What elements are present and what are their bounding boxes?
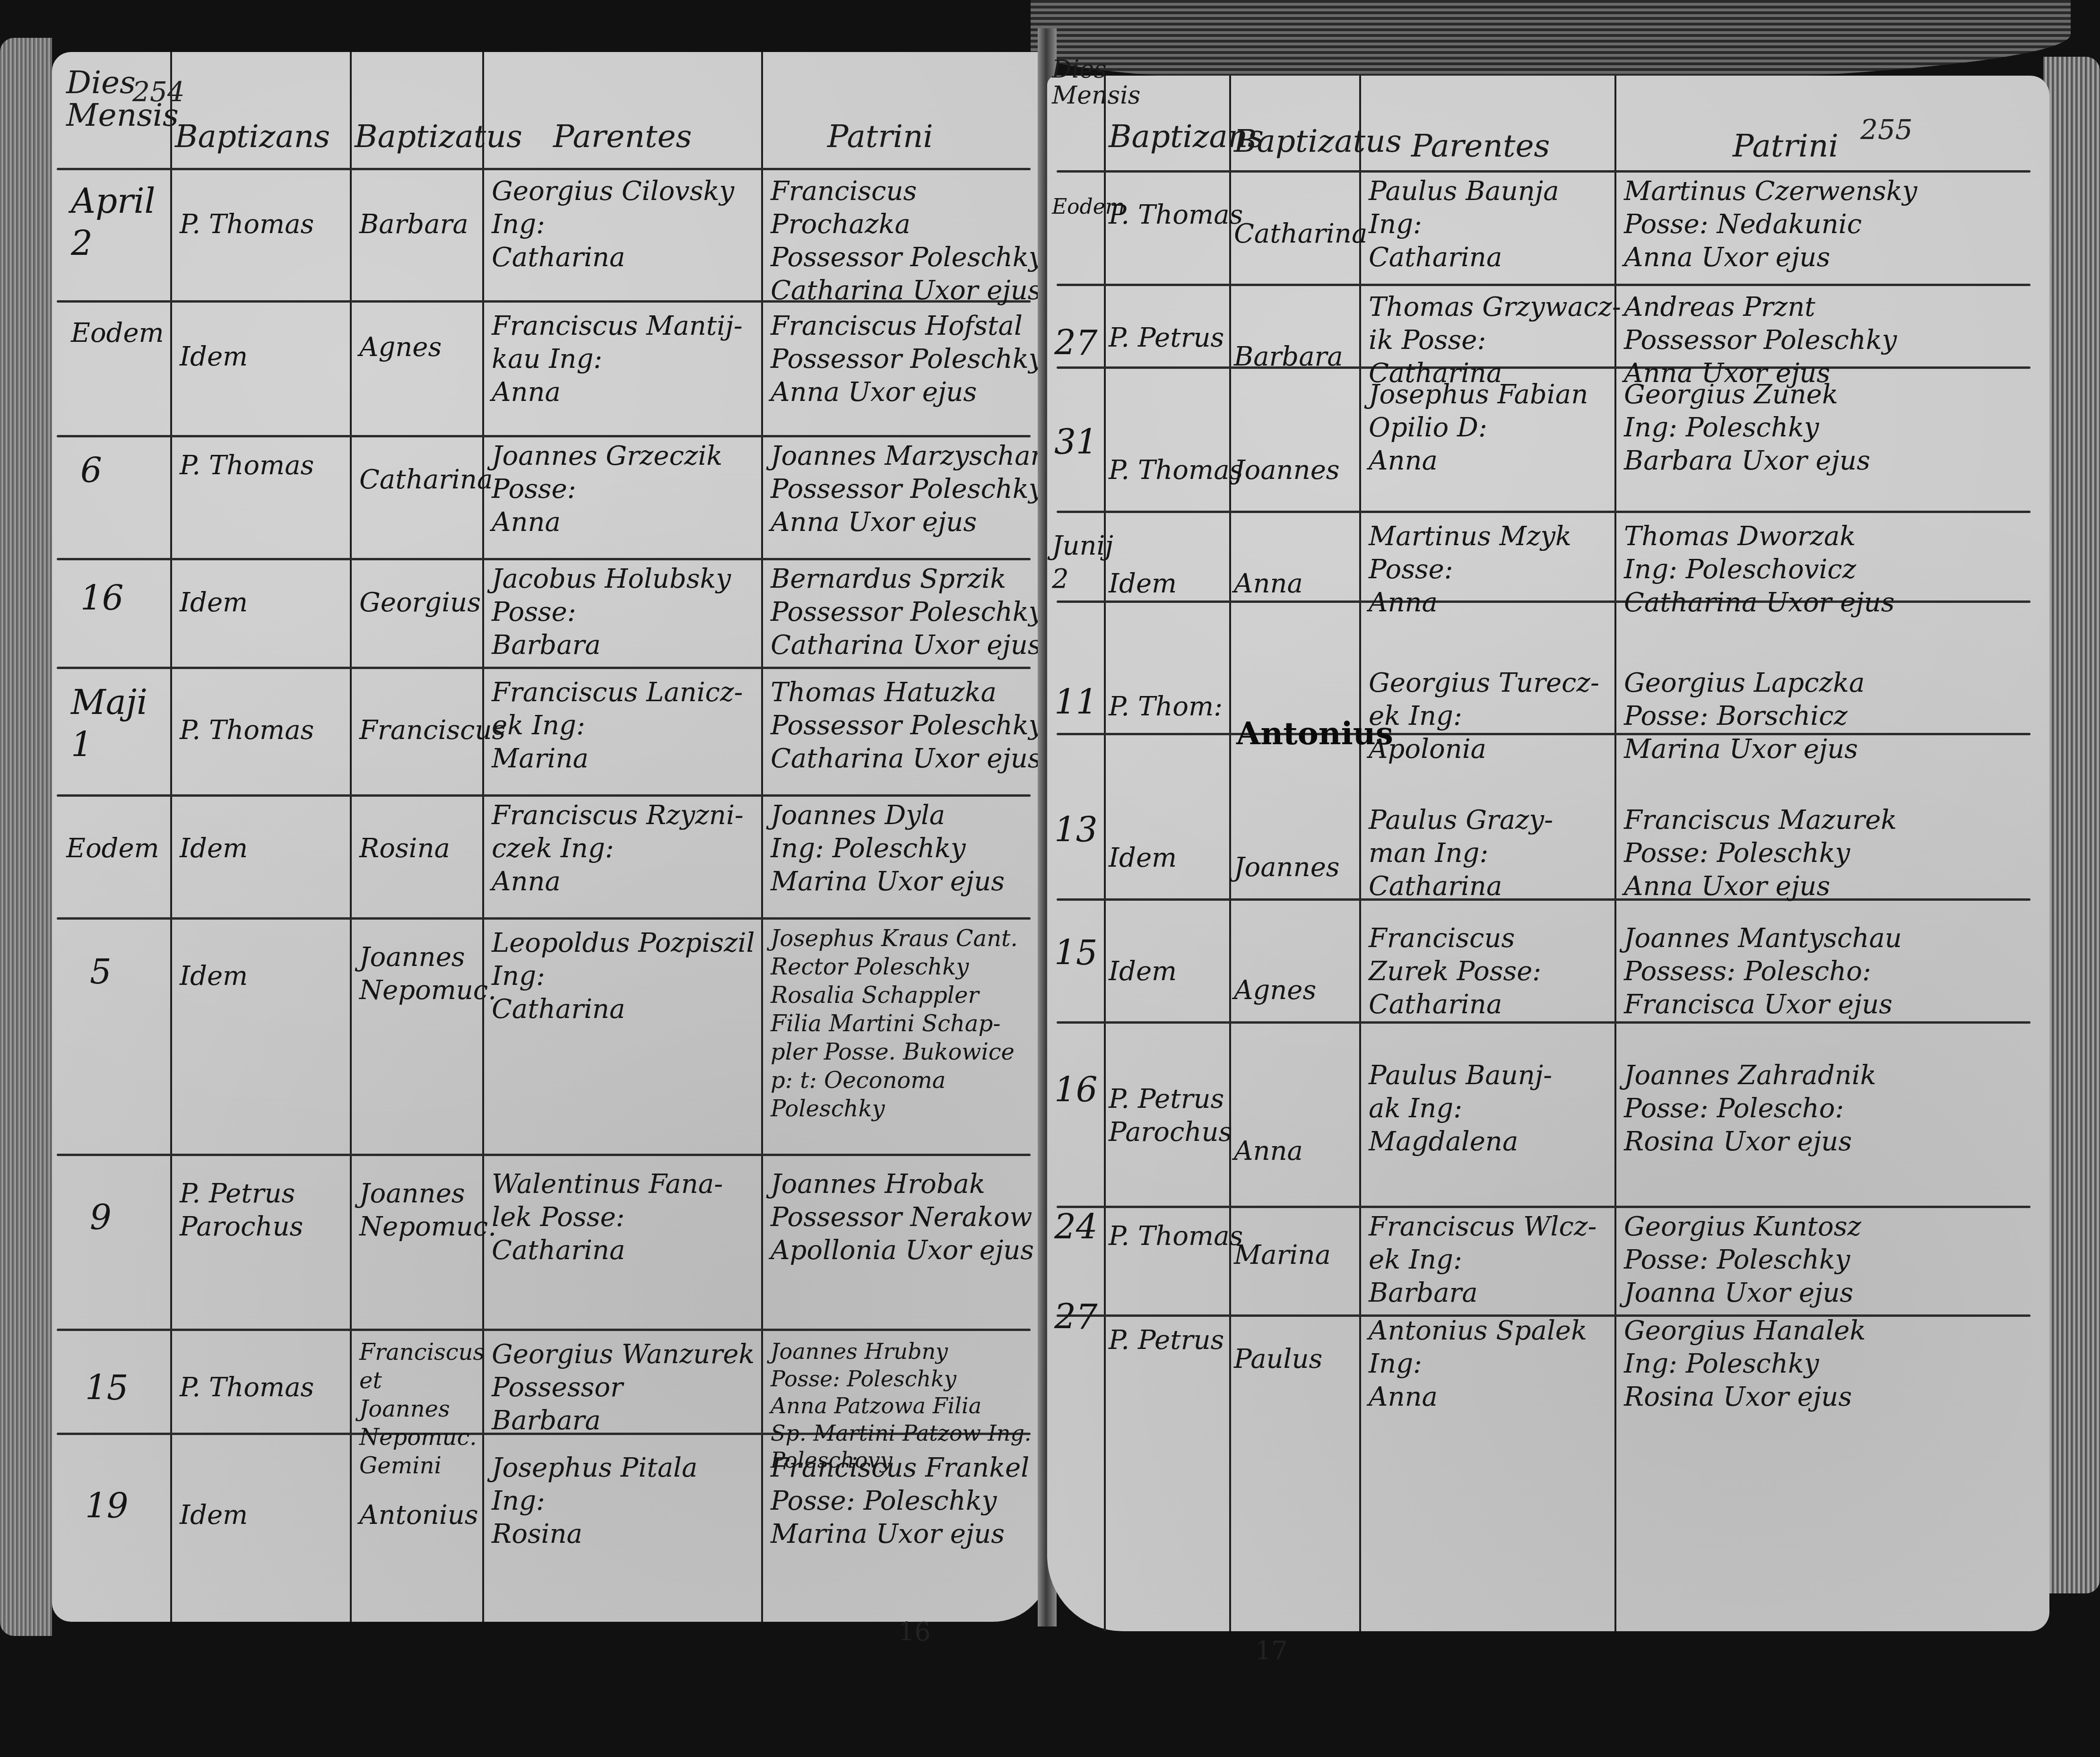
- entry-parentes: Walentinus Fana- lek Posse: Catharina: [492, 1168, 723, 1267]
- entry-date: 16: [80, 577, 124, 619]
- entry-baptizans: Idem: [1109, 567, 1177, 600]
- entry-parentes: Georgius Cilovsky Ing: Catharina: [492, 175, 734, 274]
- entry-baptizatus: Joannes Nepomuc.: [359, 1177, 496, 1244]
- entry-baptizatus: Barbara: [1234, 340, 1343, 374]
- entry-baptizans: P. Thomas: [180, 449, 314, 482]
- entry-parentes: Franciscus Mantij- kau Ing: Anna: [492, 310, 743, 409]
- entry-parentes: Martinus Mzyk Posse: Anna: [1369, 520, 1571, 619]
- entry-parentes: Joannes Grzeczik Posse: Anna: [492, 440, 722, 539]
- entry-baptizatus: Joannes: [1234, 851, 1340, 884]
- entry-baptizatus: Barbara: [359, 208, 469, 241]
- entry-baptizans: P. Petrus Parochus: [180, 1177, 303, 1244]
- page-number: 255: [1860, 113, 1913, 146]
- entry-baptizans: P. Thomas: [180, 1371, 314, 1404]
- entry-parentes: Paulus Grazy- man Ing: Catharina: [1369, 804, 1553, 903]
- entry-parentes: Paulus Baunja Ing: Catharina: [1369, 175, 1559, 274]
- entry-patrini: Andreas Prznt Possessor Poleschky Anna U…: [1624, 291, 1897, 390]
- entry-patrini: Franciscus Frankel Posse: Poleschky Mari…: [771, 1452, 1029, 1551]
- row-rule: [57, 1154, 1031, 1156]
- entry-patrini: Thomas Dworzak Ing: Poleschovicz Cathari…: [1624, 520, 1895, 619]
- row-rule: [57, 917, 1031, 920]
- entry-date: 15: [1054, 931, 1098, 974]
- entry-patrini: Georgius Zunek Ing: Poleschky Barbara Ux…: [1624, 378, 1870, 478]
- entry-parentes: Thomas Grzywacz- ik Posse: Catharina: [1369, 291, 1621, 390]
- entry-date: 31: [1054, 421, 1098, 463]
- entry-date: 27: [1054, 1296, 1098, 1338]
- entry-date: Junij 2: [1052, 530, 1113, 596]
- entry-baptizans: P. Thomas: [1109, 1220, 1243, 1253]
- entry-date: 5: [90, 950, 112, 993]
- entry-parentes: Antonius Spalek Ing: Anna: [1369, 1314, 1587, 1414]
- entry-baptizatus: Franciscus: [359, 714, 505, 747]
- folio-number: 16: [898, 1617, 931, 1647]
- header-patrini: Patrini: [827, 118, 933, 155]
- entry-date: 24: [1054, 1206, 1098, 1248]
- header-rule: [57, 168, 1031, 170]
- open-register-book: Dies Mensis 254 Baptizans Baptizatus Par…: [0, 0, 2100, 1757]
- entry-date: 9: [90, 1196, 112, 1239]
- entry-baptizatus: Antonius: [359, 1499, 478, 1532]
- entry-date: 6: [80, 449, 102, 492]
- entry-baptizatus: Catharina: [359, 463, 493, 496]
- entry-patrini: Joannes Hrobak Possessor Nerakow Apollon…: [771, 1168, 1034, 1267]
- entry-baptizans: P. Petrus Parochus: [1109, 1083, 1232, 1149]
- row-rule: [1057, 1206, 2031, 1208]
- entry-baptizatus: Anna: [1234, 567, 1303, 600]
- header-rule: [1057, 170, 2031, 173]
- entry-baptizatus: Anna: [1234, 1135, 1303, 1168]
- entry-baptizatus: Marina: [1234, 1239, 1331, 1272]
- header-dies-mensis: Dies Mensis: [1052, 57, 1141, 108]
- right-page: Dies Mensis Baptizans Baptizatus Parente…: [1047, 76, 2049, 1631]
- entry-date: 15: [85, 1366, 129, 1409]
- entry-patrini: Franciscus Prochazka Possessor Poleschky…: [771, 175, 1050, 307]
- column-divider: [1359, 76, 1361, 1631]
- entry-patrini: Bernardus Sprzik Possessor Poleschky Cat…: [771, 563, 1043, 662]
- entry-baptizatus: Rosina: [359, 832, 450, 865]
- entry-baptizans: P. Thomas: [1109, 454, 1243, 487]
- row-rule: [1057, 284, 2031, 286]
- entry-baptizans: P. Thomas: [1109, 199, 1243, 232]
- entry-baptizatus: Agnes: [359, 331, 442, 364]
- left-page-edges: [0, 38, 52, 1636]
- entry-baptizatus: Agnes: [1234, 974, 1316, 1007]
- entry-date: 11: [1054, 681, 1098, 723]
- row-rule: [57, 1329, 1031, 1331]
- row-rule: [57, 794, 1031, 797]
- entry-patrini: Martinus Czerwensky Posse: Nedakunic Ann…: [1624, 175, 1917, 274]
- column-divider: [350, 52, 352, 1622]
- entry-baptizans: P. Thom:: [1109, 690, 1223, 723]
- page-number: 254: [132, 76, 185, 108]
- entry-baptizatus: Joannes Nepomuc.: [359, 941, 496, 1007]
- column-divider: [1229, 76, 1231, 1631]
- entry-parentes: Georgius Wanzurek Possessor Barbara: [492, 1338, 755, 1437]
- column-divider: [761, 52, 763, 1622]
- entry-baptizans: Idem: [180, 586, 248, 619]
- entry-parentes: Leopoldus Pozpiszil Ing: Catharina: [492, 927, 755, 1026]
- entry-patrini: Georgius Lapczka Posse: Borschicz Marina…: [1624, 667, 1865, 766]
- entry-date: 27: [1054, 322, 1098, 364]
- entry-date: Eodem: [71, 317, 164, 350]
- entry-patrini: Georgius Kuntosz Posse: Poleschky Joanna…: [1624, 1210, 1861, 1310]
- entry-patrini: Thomas Hatuzka Possessor Poleschky Catha…: [771, 676, 1043, 775]
- header-baptizans: Baptizans: [175, 118, 330, 155]
- entry-patrini: Josephus Kraus Cant. Rector Poleschky Ro…: [771, 924, 1050, 1123]
- entry-baptizans: Idem: [1109, 955, 1177, 988]
- entry-parentes: Josephus Pitala Ing: Rosina: [492, 1452, 697, 1551]
- right-page-edges: [2043, 57, 2100, 1593]
- entry-patrini: Joannes Mantyschau Possess: Polescho: Fr…: [1624, 922, 1902, 1021]
- entry-date: Maji 1: [71, 681, 148, 766]
- entry-parentes: Paulus Baunj- ak Ing: Magdalena: [1369, 1059, 1552, 1158]
- entry-baptizatus: Joannes: [1234, 454, 1340, 487]
- column-divider: [170, 52, 172, 1622]
- entry-patrini: Franciscus Mazurek Posse: Poleschky Anna…: [1624, 804, 1897, 903]
- row-rule: [1057, 511, 2031, 513]
- entry-baptizatus: Franciscus et Joannes Nepomuc. Gemini: [359, 1338, 485, 1480]
- curled-page-top: [1031, 0, 2071, 85]
- entry-date: 13: [1054, 809, 1098, 851]
- entry-patrini: Joannes Marzyschan Possessor Poleschky A…: [771, 440, 1048, 539]
- entry-parentes: Josephus Fabian Opilio D: Anna: [1369, 378, 1588, 478]
- header-parentes: Parentes: [1411, 128, 1550, 164]
- left-page: Dies Mensis 254 Baptizans Baptizatus Par…: [52, 52, 1050, 1622]
- entry-baptizans: Idem: [180, 960, 248, 993]
- entry-parentes: Franciscus Zurek Posse: Catharina: [1369, 922, 1541, 1021]
- header-baptizatus: Baptizatus: [355, 118, 522, 155]
- row-rule: [57, 667, 1031, 669]
- entry-baptizans: P. Petrus: [1109, 322, 1224, 355]
- entry-baptizatus: Catharina: [1234, 217, 1367, 251]
- column-divider: [1104, 76, 1106, 1631]
- entry-baptizans: Idem: [1109, 842, 1177, 875]
- entry-date: April 2: [71, 180, 156, 265]
- entry-date: Eodem: [66, 832, 159, 865]
- entry-date: 16: [1054, 1069, 1098, 1111]
- row-rule: [57, 558, 1031, 560]
- entry-patrini: Joannes Zahradnik Posse: Polescho: Rosin…: [1624, 1059, 1876, 1158]
- entry-parentes: Georgius Turecz- ek Ing: Apolonia: [1369, 667, 1599, 766]
- entry-baptizans: P. Thomas: [180, 208, 314, 241]
- entry-parentes: Franciscus Lanicz- ek Ing: Marina: [492, 676, 743, 775]
- entry-parentes: Franciscus Wlcz- ek Ing: Barbara: [1369, 1210, 1597, 1310]
- folio-number: 17: [1255, 1636, 1288, 1666]
- header-baptizatus: Baptizatus: [1234, 123, 1402, 159]
- entry-baptizans: Idem: [180, 340, 248, 374]
- entry-patrini: Franciscus Hofstal Possessor Poleschky A…: [771, 310, 1043, 409]
- header-patrini: Patrini: [1733, 128, 1839, 164]
- entry-baptizans: P. Petrus: [1109, 1324, 1224, 1357]
- entry-baptizans: Idem: [180, 832, 248, 865]
- entry-patrini: Joannes Dyla Ing: Poleschky Marina Uxor …: [771, 799, 1005, 898]
- entry-baptizans: P. Thomas: [180, 714, 314, 747]
- entry-baptizatus: Georgius: [359, 586, 481, 619]
- entry-baptizatus: Paulus: [1234, 1343, 1322, 1376]
- header-parentes: Parentes: [553, 118, 692, 155]
- row-rule: [57, 435, 1031, 437]
- entry-parentes: Franciscus Rzyzni- czek Ing: Anna: [492, 799, 744, 898]
- entry-patrini: Georgius Hanalek Ing: Poleschky Rosina U…: [1624, 1314, 1866, 1414]
- entry-date: 19: [85, 1485, 129, 1527]
- row-rule: [1057, 1021, 2031, 1024]
- entry-parentes: Jacobus Holubsky Posse: Barbara: [492, 563, 731, 662]
- entry-baptizans: Idem: [180, 1499, 248, 1532]
